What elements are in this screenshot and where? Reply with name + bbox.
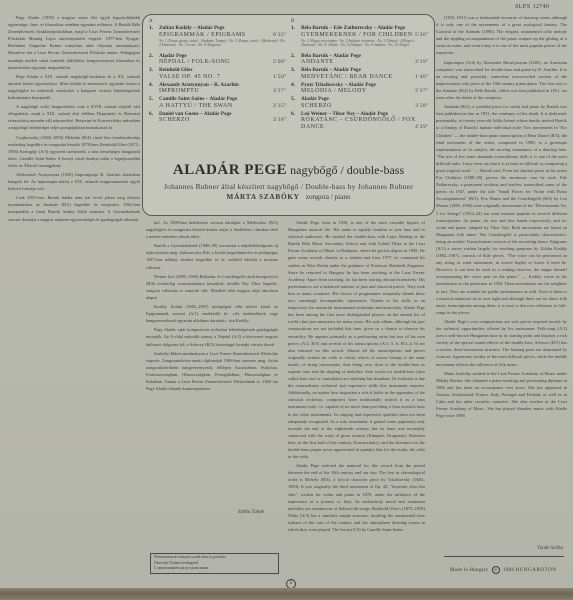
track-duration: 2'35" xyxy=(273,103,287,110)
track-title-row: Rókatánc – Csürdöngölő / Fox Dance4'29" xyxy=(301,117,429,131)
track-title: Medvetánc / Bear Dance xyxy=(301,74,393,80)
paragraph: Aladár Pege, born in 1939, is one of the… xyxy=(288,219,425,460)
track-item: 5. Camille Saint-Saëns – Aladár Pege A h… xyxy=(149,96,287,110)
author-signature-hungarian: Szitha Tünde xyxy=(238,510,264,515)
paragraph: Pege Aladár (1939) a magyar zenei élet e… xyxy=(8,14,140,71)
track-title-row: Scherzo3'18" xyxy=(159,117,287,124)
track-duration: 3'19" xyxy=(415,59,429,66)
track-title: Gyermekeknek / For Children xyxy=(301,32,413,38)
notice-line: С приложением на русском языке xyxy=(154,566,275,572)
side-b: B 1. Béla Bartók – Ede Zathureczky – Ala… xyxy=(291,19,429,132)
track-duration: 1'40" xyxy=(415,74,429,81)
track-item: 1. Zoltán Kodály – Aladár Pege Epigrammá… xyxy=(149,25,287,48)
track-movements: No. 1 (Tempo giusto, sotto) · (Andante, … xyxy=(159,39,287,48)
track-number: 4. xyxy=(291,82,295,88)
track-title: Valse Op. 45 No. 7 xyxy=(159,74,220,80)
track-item: 6. Daniel van Goens – Aladár Pege Scherz… xyxy=(149,111,287,125)
track-duration: 3'18" xyxy=(273,117,287,124)
paragraph: Pege Aladár saját kompozíciói technikai … xyxy=(146,326,278,347)
track-title-row: Valse Op. 45 No. 71'50" xyxy=(159,74,287,81)
album-headline: ALADÁR PEGE nagybőgő / double-bass xyxy=(143,161,434,179)
record-label: HUNGAROTON xyxy=(515,568,556,573)
label-footer: Made in Hungary ℗ 1984 HUNGAROTON xyxy=(450,566,557,574)
track-title: Epigrammák / Epigrams xyxy=(159,32,246,38)
side-label: A xyxy=(149,19,287,24)
track-title-row: Medvetánc / Bear Dance1'40" xyxy=(301,74,429,81)
track-number: 5. xyxy=(149,96,153,102)
pianist-credit: MÁRTA SZABÓKYzongora / piano xyxy=(143,193,434,201)
track-number: 4. xyxy=(149,82,153,88)
paragraph: Szabóky Márta tanulmányait a Liszt Feren… xyxy=(146,350,278,393)
track-title: Népdal / Folk-song xyxy=(159,59,230,65)
made-in-text: Made in Hungary xyxy=(450,568,488,573)
paragraph: Aladár Pege's own compositions are solo … xyxy=(436,318,567,368)
paragraph: Csak 1951-ben, Bartók halála után hat év… xyxy=(8,194,140,222)
release-year: 1984 xyxy=(503,568,514,573)
track-movements: No. 1 Allegro non troppo · No. 2 Andante… xyxy=(301,39,429,48)
track-title-row: A hattyú / The Swan2'35" xyxy=(159,103,287,110)
english-notes-column-2: (1835–1921) was a fashionable favourite … xyxy=(436,14,567,522)
paragraph: Csajkovszkij (1840–1893) Melódia (B/4) c… xyxy=(8,134,140,169)
footer-divider xyxy=(444,556,564,557)
paragraph: Bartók a Gyermekeknek (1908–09) sorozatt… xyxy=(146,242,278,270)
track-number: 5. xyxy=(291,96,295,102)
instrument-credit: Johannes Rubner által készített nagybőgő… xyxy=(143,182,434,191)
side-label: B xyxy=(291,19,429,24)
record-sleeve-back: SLPX 12740 Pege Aladár (1939) a magyar z… xyxy=(0,0,573,588)
track-title-row: Andante3'19" xyxy=(301,59,429,66)
paragraph: (1835–1921) was a fashionable favourite … xyxy=(436,14,567,57)
track-number: 6. xyxy=(149,111,153,117)
track-title: Rókatánc – Csürdöngölő / Fox Dance xyxy=(301,117,416,130)
paragraph: Márta Szabóky studied at the Liszt Feren… xyxy=(436,370,567,420)
track-title: Andante xyxy=(301,59,334,65)
track-item: 4. Pyotr Tchaikovsky – Aladár Pege Melód… xyxy=(291,82,429,96)
track-number: 6. xyxy=(291,111,295,117)
track-title-row: Impromptu3'37" xyxy=(159,88,287,95)
track-title: Scherzo xyxy=(159,117,190,123)
track-title-row: Scherzo3'58" xyxy=(301,103,429,110)
paragraph: Pege Aladár a XIX. századi nagybőgő-irod… xyxy=(8,73,140,101)
author-signature-english: Tünde Szitha xyxy=(537,546,563,551)
paragraph: Andante (B/2), a youthful piece for viol… xyxy=(436,103,567,316)
artist-name: ALADÁR PEGE xyxy=(173,162,287,178)
track-item: 3. Reinhold Glier Valse Op. 45 No. 71'50… xyxy=(149,67,287,81)
pianist-name: MÁRTA SZABÓKY xyxy=(226,193,299,201)
phonogram-copyright-icon: ℗ xyxy=(492,566,500,574)
track-item: 5. Aladár Pege Scherzo3'58" xyxy=(291,96,429,110)
track-item: 1. Béla Bartók – Ede Zathureczky – Aladá… xyxy=(291,25,429,48)
track-title-row: Melódia / Melody3'37" xyxy=(301,88,429,95)
paragraph: A nagybőgő szóló hangszerként csak a XVI… xyxy=(8,103,140,131)
hungarian-notes-column-2: hol. Az 1908-ban keletkezett sorozat dar… xyxy=(146,219,278,504)
hungarian-notes-column-1: Pege Aladár (1939) a magyar zenei élet e… xyxy=(8,14,140,574)
track-number: 2. xyxy=(149,53,153,59)
paragraph: hol. Az 1908-ban keletkezett sorozat dar… xyxy=(146,219,278,240)
artist-instrument: nagybőgő / double-bass xyxy=(287,163,404,177)
paragraph: Kodály Zoltán (1882–1967) pedagógiai cél… xyxy=(146,303,278,324)
catalog-number: SLPX 12740 xyxy=(515,4,549,10)
paragraph: Weiner Leó (1885–1960) Rókatánc és Csürd… xyxy=(146,273,278,301)
track-title-row: Gyermekeknek / For Children5'20" xyxy=(301,32,429,39)
track-title: Scherzo xyxy=(301,103,332,109)
track-number: 1. xyxy=(149,25,153,31)
track-duration: 6'35" xyxy=(273,32,287,39)
track-number: 2. xyxy=(291,53,295,59)
track-duration: 5'20" xyxy=(415,32,429,39)
track-duration: 4'29" xyxy=(415,124,429,131)
pianist-instrument: zongora / piano xyxy=(306,193,351,201)
paragraph: Alekszandr Arutyunyan (1920) Impromptuja… xyxy=(8,171,140,192)
track-item: 2. Aladár Pege Népdal / Folk-song5'00" xyxy=(149,53,287,67)
track-item: 2. Béla Bartók – Aladár Pege Andante3'19… xyxy=(291,53,429,67)
track-item: 6. Leó Weiner – Tibor Ney – Aladár Pege … xyxy=(291,111,429,132)
track-duration: 3'37" xyxy=(273,88,287,95)
track-title-row: Epigrammák / Epigrams6'35" xyxy=(159,32,287,39)
paragraph: Impromptu (A/4) by Alexander Harut'yunya… xyxy=(436,59,567,102)
track-title-row: Népdal / Folk-song5'00" xyxy=(159,59,287,66)
english-notes-column-1: Aladár Pege, born in 1939, is one of the… xyxy=(288,219,425,564)
track-number: 1. xyxy=(291,25,295,31)
track-number: 3. xyxy=(149,67,153,73)
track-duration: 1'50" xyxy=(273,74,287,81)
track-item: 3. Béla Bartók – Aladár Pege Medvetánc /… xyxy=(291,67,429,81)
track-duration: 5'00" xyxy=(273,59,287,66)
track-title: Impromptu xyxy=(159,88,199,94)
track-title: Melódia / Melody xyxy=(301,88,367,94)
track-title: A hattyú / The Swan xyxy=(159,103,233,109)
track-duration: 3'58" xyxy=(415,103,429,110)
tracklist-panel: A 1. Zoltán Kodály – Aladár Pege Epigram… xyxy=(142,14,435,216)
track-duration: 3'37" xyxy=(415,88,429,95)
paragraph: Aladár Pege selected the material for th… xyxy=(288,462,425,533)
track-item: 4. Alexandr Arutyunyan – R. Azarhin Impr… xyxy=(149,82,287,96)
side-a: A 1. Zoltán Kodály – Aladár Pege Epigram… xyxy=(149,19,287,125)
language-notice-box: Présentation en français sur/de dans la … xyxy=(150,553,279,574)
table-surface xyxy=(0,588,573,600)
track-number: 3. xyxy=(291,67,295,73)
